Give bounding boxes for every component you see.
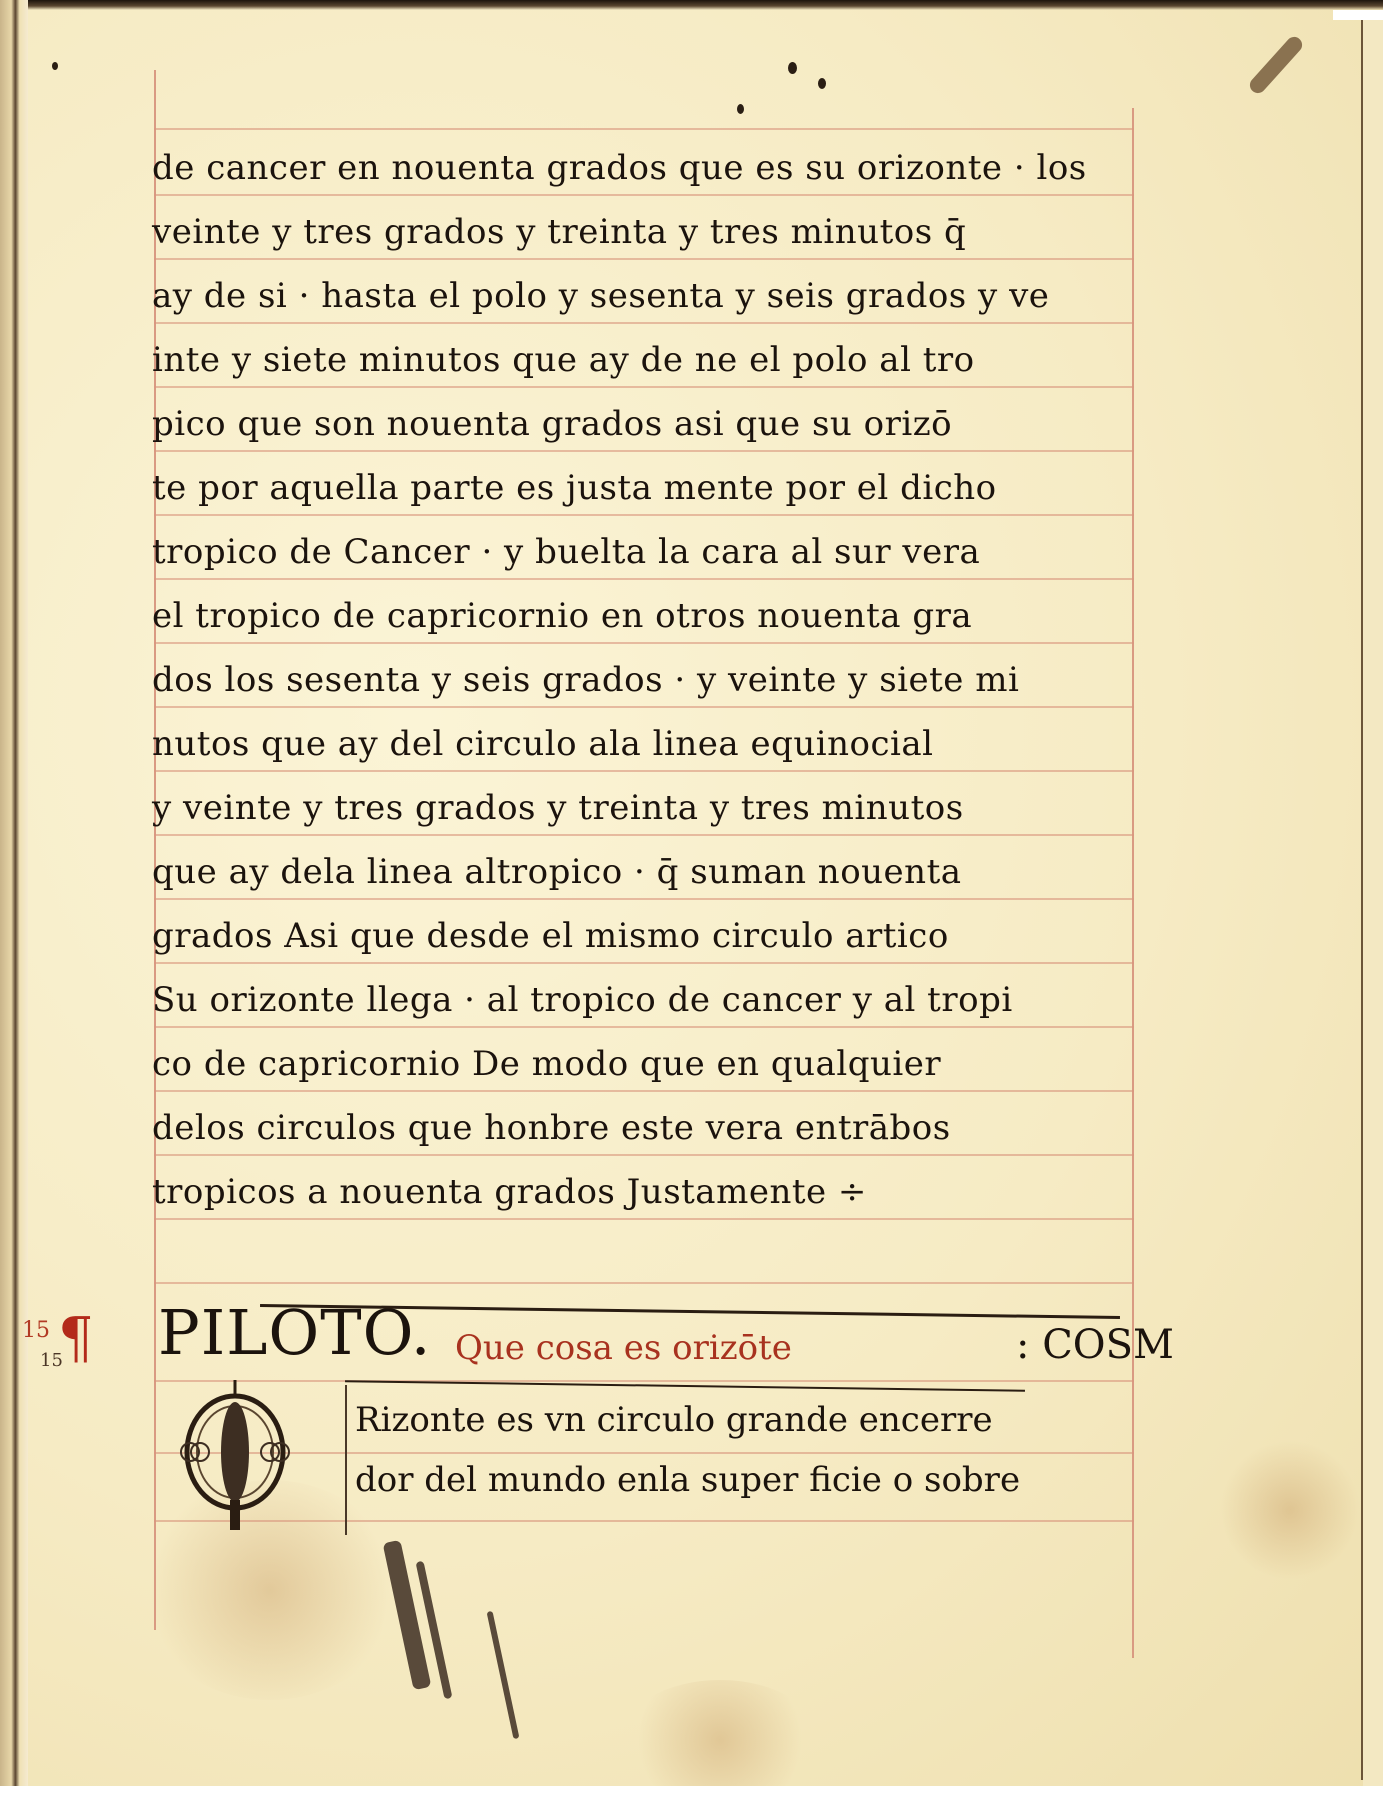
text-line: que ay dela linea altropico · q̄ suman n… <box>152 852 962 892</box>
margin-numeral-red: 15 <box>22 1318 50 1343</box>
ruling-line <box>154 1282 1134 1284</box>
ruling-line <box>154 258 1134 260</box>
text-line: pico que son nouenta grados asi que su o… <box>152 404 952 444</box>
ink-dot <box>52 62 58 70</box>
binding-edge <box>0 0 28 1790</box>
ruling-line <box>154 962 1134 964</box>
ruling-line <box>154 1090 1134 1092</box>
ruling-line <box>154 834 1134 836</box>
respondent-label: : COSM <box>1016 1322 1174 1368</box>
ruling-line <box>154 450 1134 452</box>
next-leaf-strip <box>1363 20 1383 1786</box>
ruling-line <box>154 514 1134 516</box>
text-line: el tropico de capricornio en otros nouen… <box>152 596 972 636</box>
ruling-line <box>154 770 1134 772</box>
ruling-line <box>154 1380 1134 1382</box>
page-top-shadow <box>0 0 1383 10</box>
ruling-line <box>154 642 1134 644</box>
ink-dot <box>737 104 744 114</box>
ruling-line <box>154 194 1134 196</box>
text-line: delos circulos que honbre este vera entr… <box>152 1108 951 1148</box>
text-line: tropicos a nouenta grados Justamente ÷ <box>152 1172 867 1212</box>
page-top-tab <box>1333 10 1383 20</box>
text-line: te por aquella parte es justa mente por … <box>152 468 997 508</box>
manuscript-page: de cancer en nouenta grados que es su or… <box>0 0 1383 1790</box>
water-stain <box>620 1680 820 1800</box>
text-line: Su orizonte llega · al tropico de cancer… <box>152 980 1013 1020</box>
ruling-line <box>154 898 1134 900</box>
text-line: tropico de Cancer · y buelta la cara al … <box>152 532 980 572</box>
text-line: ay de si · hasta el polo y sesenta y sei… <box>152 276 1049 316</box>
water-stain <box>1220 1440 1360 1580</box>
text-line: y veinte y tres grados y treinta y tres … <box>152 788 964 828</box>
answer-line: Rizonte es vn circulo grande encerre <box>355 1400 993 1440</box>
answer-line: dor del mundo enla super ficie o sobre <box>355 1460 1020 1500</box>
page-bottom-edge <box>0 1786 1383 1804</box>
text-line: veinte y tres grados y treinta y tres mi… <box>152 212 966 252</box>
ruling-line <box>154 386 1134 388</box>
ruling-line <box>154 1154 1134 1156</box>
ruling-line <box>154 706 1134 708</box>
ink-smudge <box>1247 34 1306 97</box>
ink-dot <box>788 62 797 74</box>
ruling-line <box>154 1452 1134 1454</box>
text-line: inte y siete minutos que ay de ne el pol… <box>152 340 975 380</box>
ink-drip <box>487 1611 520 1739</box>
text-line: de cancer en nouenta grados que es su or… <box>152 148 1087 188</box>
text-line: dos los sesenta y seis grados · y veinte… <box>152 660 1019 700</box>
text-line: nutos que ay del circulo ala linea equin… <box>152 724 934 764</box>
answer-frame-line <box>345 1385 347 1535</box>
ruling-line <box>154 1218 1134 1220</box>
text-line: co de capricornio De modo que en qualqui… <box>152 1044 941 1084</box>
ink-dot <box>818 78 826 89</box>
text-line: grados Asi que desde el mismo circulo ar… <box>152 916 949 956</box>
ruling-line <box>154 128 1134 130</box>
ruling-line <box>154 1520 1134 1522</box>
rubric-question: Que cosa es orizōte <box>455 1328 792 1368</box>
ruling-right-margin <box>1132 108 1134 1658</box>
pilcrow-icon: ¶ <box>58 1306 94 1371</box>
ruling-line <box>154 578 1134 580</box>
ruling-line <box>154 322 1134 324</box>
armillary-sphere-icon <box>180 1380 290 1530</box>
ruling-line <box>154 1026 1134 1028</box>
